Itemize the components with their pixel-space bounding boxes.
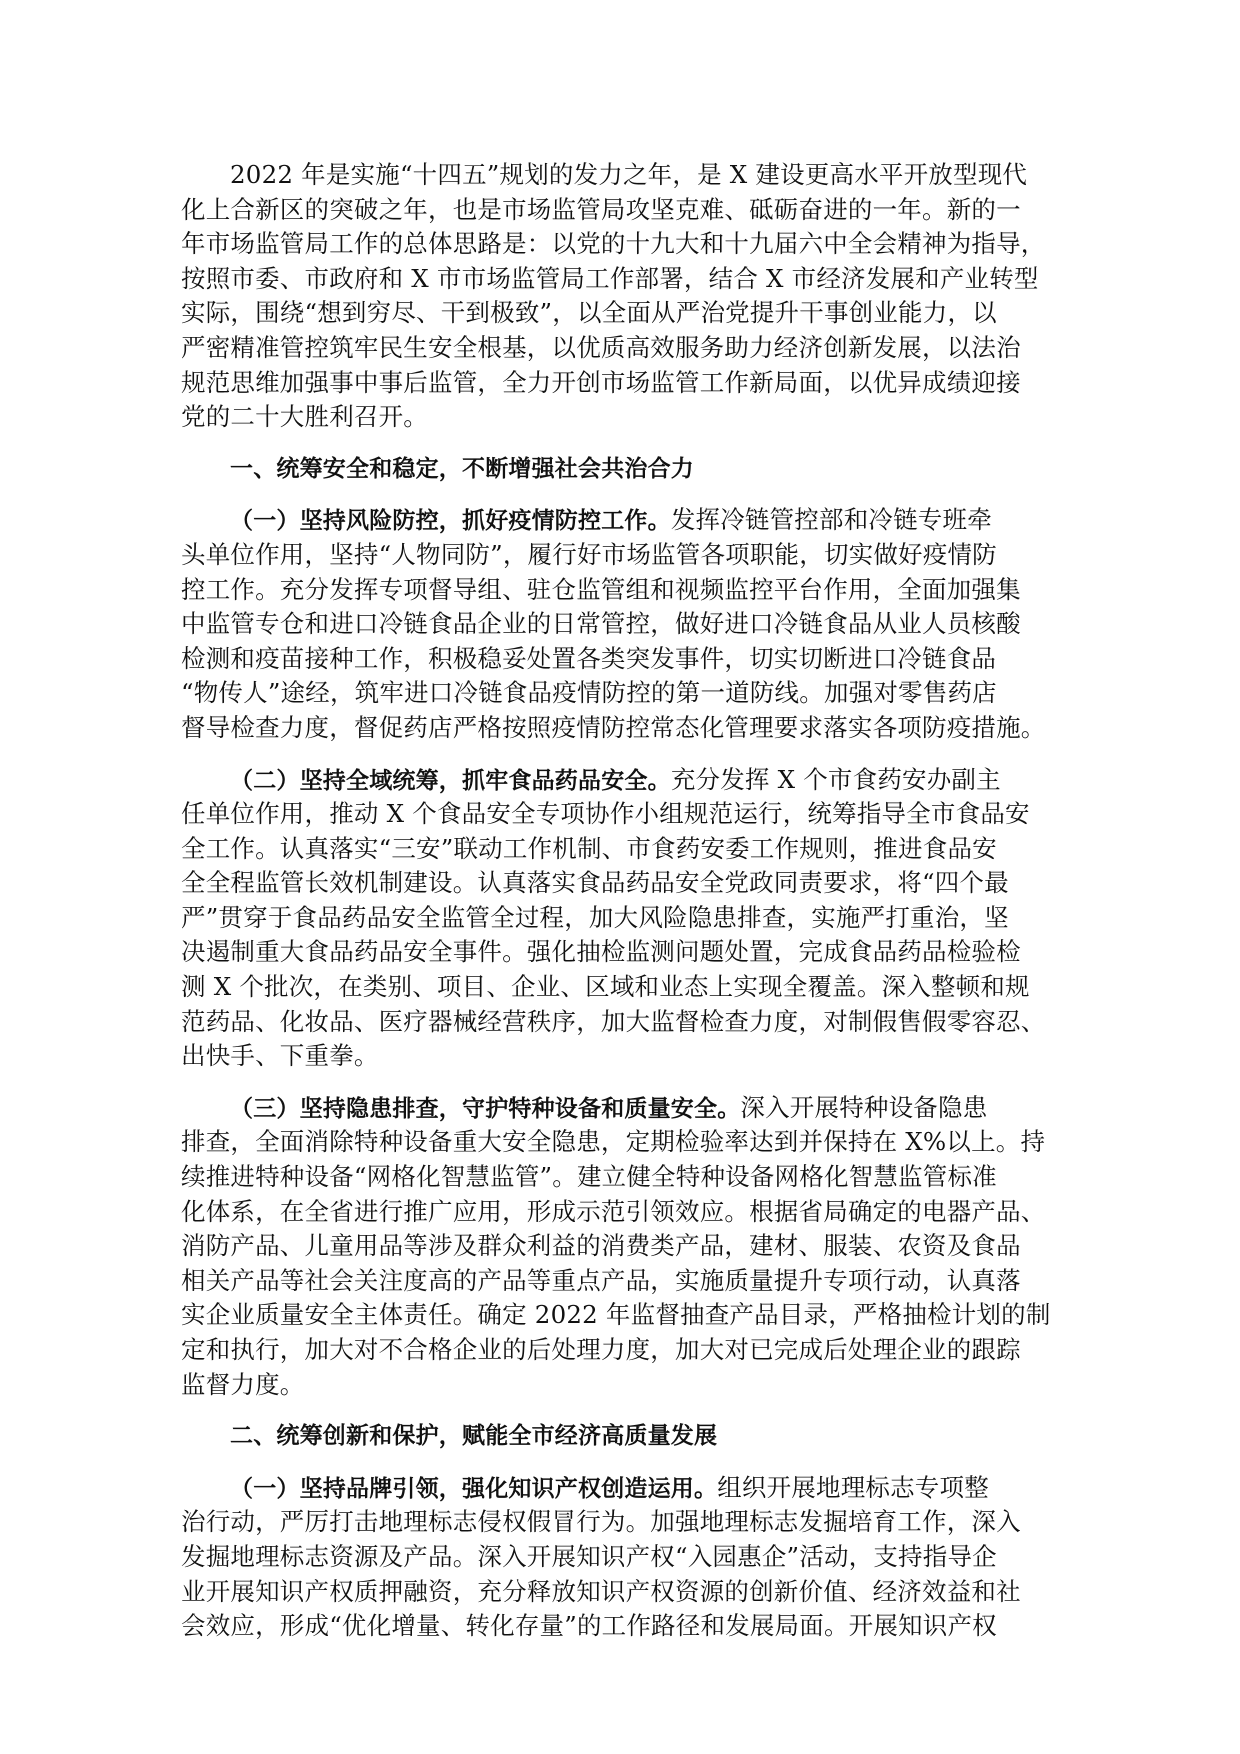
section-heading-2: 二、统筹创新和保护，赋能全市经济高质量发展 [181,1419,1061,1454]
paragraph-line: 化体系，在全省进行推广应用，形成示范引领效应。根据省局确定的电器产品、 [181,1195,1061,1230]
paragraph-line: 全工作。认真落实“三安”联动工作机制、市食药安委工作规则，推进食品安 [181,832,1061,867]
subsection-title: （三）坚持隐患排查，守护特种设备和质量安全。 [230,1096,740,1122]
subsection-title: （一）坚持风险防控，抓好疫情防控工作。 [230,508,671,534]
paragraph-line: （一）坚持风险防控，抓好疫情防控工作。发挥冷链管控部和冷链专班牵 [181,503,1061,538]
paragraph-line: 消防产品、儿童用品等涉及群众利益的消费类产品，建材、服装、农资及食品 [181,1229,1061,1264]
spacer [181,1402,1061,1419]
paragraph-line: 化上合新区的突破之年，也是市场监管局攻坚克难、砥砺奋进的一年。新的一 [181,193,1061,228]
subsection-title: （一）坚持品牌引领，强化知识产权创造运用。 [230,1476,717,1502]
paragraph-line: 年市场监管局工作的总体思路是：以党的十九大和十九届六中全会精神为指导， [181,227,1061,262]
spacer [181,1074,1061,1091]
paragraph-line: 督导检查力度，督促药店严格按照疫情防控常态化管理要求落实各项防疫措施。 [181,711,1061,746]
spacer [181,486,1061,503]
paragraph-line: 测 X 个批次，在类别、项目、企业、区域和业态上实现全覆盖。深入整顿和规 [181,970,1061,1005]
paragraph-line: （三）坚持隐患排查，守护特种设备和质量安全。深入开展特种设备隐患 [181,1091,1061,1126]
subsection-1-3: （三）坚持隐患排查，守护特种设备和质量安全。深入开展特种设备隐患 排查，全面消除… [181,1091,1061,1402]
paragraph-line: 党的二十大胜利召开。 [181,400,1061,435]
document-body: 2022 年是实施“十四五”规划的发力之年，是 X 建设更高水平开放型现代 化上… [181,158,1061,1644]
document-page: 2022 年是实施“十四五”规划的发力之年，是 X 建设更高水平开放型现代 化上… [0,0,1240,1754]
paragraph-line: 会效应，形成“优化增量、转化存量”的工作路径和发展局面。开展知识产权 [181,1609,1061,1644]
paragraph-line: 治行动，严厉打击地理标志侵权假冒行为。加强地理标志发掘培育工作，深入 [181,1505,1061,1540]
paragraph-line: 实企业质量安全主体责任。确定 2022 年监督抽查产品目录，严格抽检计划的制 [181,1298,1061,1333]
paragraph-line: 检测和疫苗接种工作，积极稳妥处置各类突发事件，切实切断进口冷链食品 [181,642,1061,677]
paragraph-line: 按照市委、市政府和 X 市市场监管局工作部署，结合 X 市经济发展和产业转型 [181,262,1061,297]
intro-paragraph: 2022 年是实施“十四五”规划的发力之年，是 X 建设更高水平开放型现代 化上… [181,158,1061,435]
subsection-2-1: （一）坚持品牌引领，强化知识产权创造运用。组织开展地理标志专项整 治行动，严厉打… [181,1471,1061,1644]
subsection-1-1: （一）坚持风险防控，抓好疫情防控工作。发挥冷链管控部和冷链专班牵 头单位作用，坚… [181,503,1061,745]
paragraph-text: 充分发挥 X 个市食药安办副主 [671,765,1001,794]
paragraph-line: 头单位作用，坚持“人物同防”，履行好市场监管各项职能，切实做好疫情防 [181,538,1061,573]
paragraph-line: 实际，围绕“想到穷尽、干到极致”，以全面从严治党提升干事创业能力，以 [181,296,1061,331]
paragraph-line: 全全程监管长效机制建设。认真落实食品药品安全党政同责要求，将“四个最 [181,866,1061,901]
subsection-1-2: （二）坚持全域统筹，抓牢食品药品安全。充分发挥 X 个市食药安办副主 任单位作用… [181,763,1061,1074]
paragraph-line: 任单位作用，推动 X 个食品安全专项协作小组规范运行，统筹指导全市食品安 [181,797,1061,832]
paragraph-line: 严密精准管控筑牢民生安全根基，以优质高效服务助力经济创新发展，以法治 [181,331,1061,366]
paragraph-line: 业开展知识产权质押融资，充分释放知识产权资源的创新价值、经济效益和社 [181,1575,1061,1610]
paragraph-line: 控工作。充分发挥专项督导组、驻仓监管组和视频监控平台作用，全面加强集 [181,573,1061,608]
section-heading-1: 一、统筹安全和稳定，不断增强社会共治合力 [181,452,1061,487]
paragraph-text: 深入开展特种设备隐患 [740,1093,987,1122]
paragraph-line: 2022 年是实施“十四五”规划的发力之年，是 X 建设更高水平开放型现代 [181,158,1061,193]
paragraph-line: 定和执行，加大对不合格企业的后处理力度，加大对已完成后处理企业的跟踪 [181,1333,1061,1368]
paragraph-line: （二）坚持全域统筹，抓牢食品药品安全。充分发挥 X 个市食药安办副主 [181,763,1061,798]
paragraph-text: 发挥冷链管控部和冷链专班牵 [671,505,992,534]
paragraph-text: 组织开展地理标志专项整 [717,1473,989,1502]
paragraph-line: 发掘地理标志资源及产品。深入开展知识产权“入园惠企”活动，支持指导企 [181,1540,1061,1575]
paragraph-line: （一）坚持品牌引领，强化知识产权创造运用。组织开展地理标志专项整 [181,1471,1061,1506]
paragraph-line: 决遏制重大食品药品安全事件。强化抽检监测问题处置，完成食品药品检验检 [181,935,1061,970]
paragraph-line: 续推进特种设备“网格化智慧监管”。建立健全特种设备网格化智慧监管标准 [181,1160,1061,1195]
paragraph-line: “物传人”途经，筑牢进口冷链食品疫情防控的第一道防线。加强对零售药店 [181,676,1061,711]
paragraph-line: 中监管专仓和进口冷链食品企业的日常管控，做好进口冷链食品从业人员核酸 [181,607,1061,642]
spacer [181,1454,1061,1471]
paragraph-line: 规范思维加强事中事后监管，全力开创市场监管工作新局面，以优异成绩迎接 [181,366,1061,401]
paragraph-line: 监督力度。 [181,1368,1061,1403]
paragraph-line: 出快手、下重拳。 [181,1039,1061,1074]
paragraph-line: 严”贯穿于食品药品安全监管全过程，加大风险隐患排查，实施严打重治，坚 [181,901,1061,936]
paragraph-line: 范药品、化妆品、医疗器械经营秩序，加大监督检查力度，对制假售假零容忍、 [181,1005,1061,1040]
paragraph-line: 排查，全面消除特种设备重大安全隐患，定期检验率达到并保持在 X%以上。持 [181,1125,1061,1160]
spacer [181,435,1061,452]
subsection-title: （二）坚持全域统筹，抓牢食品药品安全。 [230,768,671,794]
paragraph-line: 相关产品等社会关注度高的产品等重点产品，实施质量提升专项行动，认真落 [181,1264,1061,1299]
spacer [181,746,1061,763]
